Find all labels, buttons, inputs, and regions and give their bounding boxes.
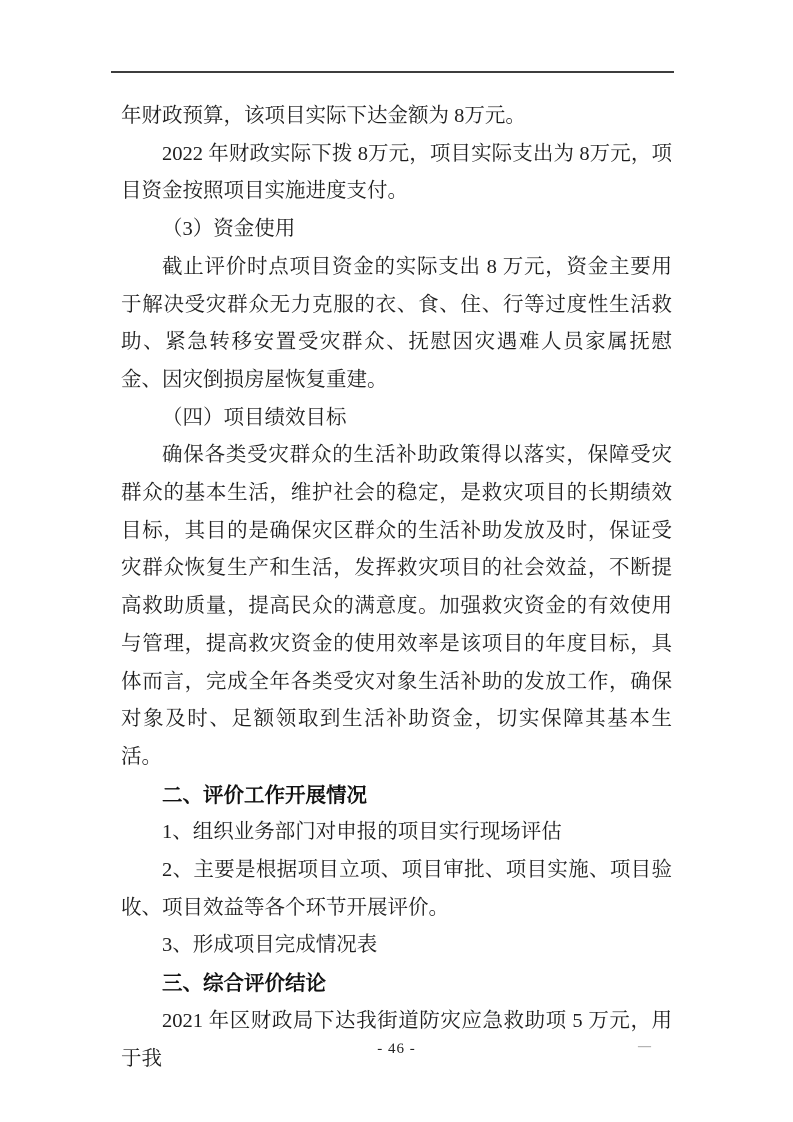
list-item-2: 2、主要是根据项目立项、项目审批、项目实施、项目验收、项目效益等各个环节开展评价… [121, 852, 672, 927]
section-heading-evaluation-work: 二、评价工作开展情况 [121, 777, 672, 815]
paragraph: 截止评价时点项目资金的实际支出 8 万元，资金主要用于解决受灾群众无力克服的衣、… [121, 249, 672, 400]
paragraph: 确保各类受灾群众的生活补助政策得以落实，保障受灾群众的基本生活，维护社会的稳定，… [121, 437, 672, 776]
paragraph-continuation: 年财政预算，该项目实际下达金额为 8万元。 [121, 98, 672, 136]
header-rule [111, 71, 674, 73]
section-heading-overall-conclusion: 三、综合评价结论 [121, 965, 672, 1003]
page-footer: - 46 - [0, 1040, 793, 1058]
page-number: - 46 - [377, 1041, 416, 1057]
paragraph: 2022 年财政实际下拨 8万元，项目实际支出为 8万元，项目资金按照项目实施进… [121, 136, 672, 211]
list-item-3: 3、形成项目完成情况表 [121, 927, 672, 965]
footer-dash-mark: — [638, 1038, 651, 1054]
document-body: 年财政预算，该项目实际下达金额为 8万元。 2022 年财政实际下拨 8万元，项… [121, 98, 672, 1078]
subheading-funds-usage: （3）资金使用 [121, 211, 672, 249]
document-page: 年财政预算，该项目实际下达金额为 8万元。 2022 年财政实际下拨 8万元，项… [0, 0, 793, 1122]
subheading-performance-goal: （四）项目绩效目标 [121, 400, 672, 438]
list-item-1: 1、组织业务部门对申报的项目实行现场评估 [121, 814, 672, 852]
